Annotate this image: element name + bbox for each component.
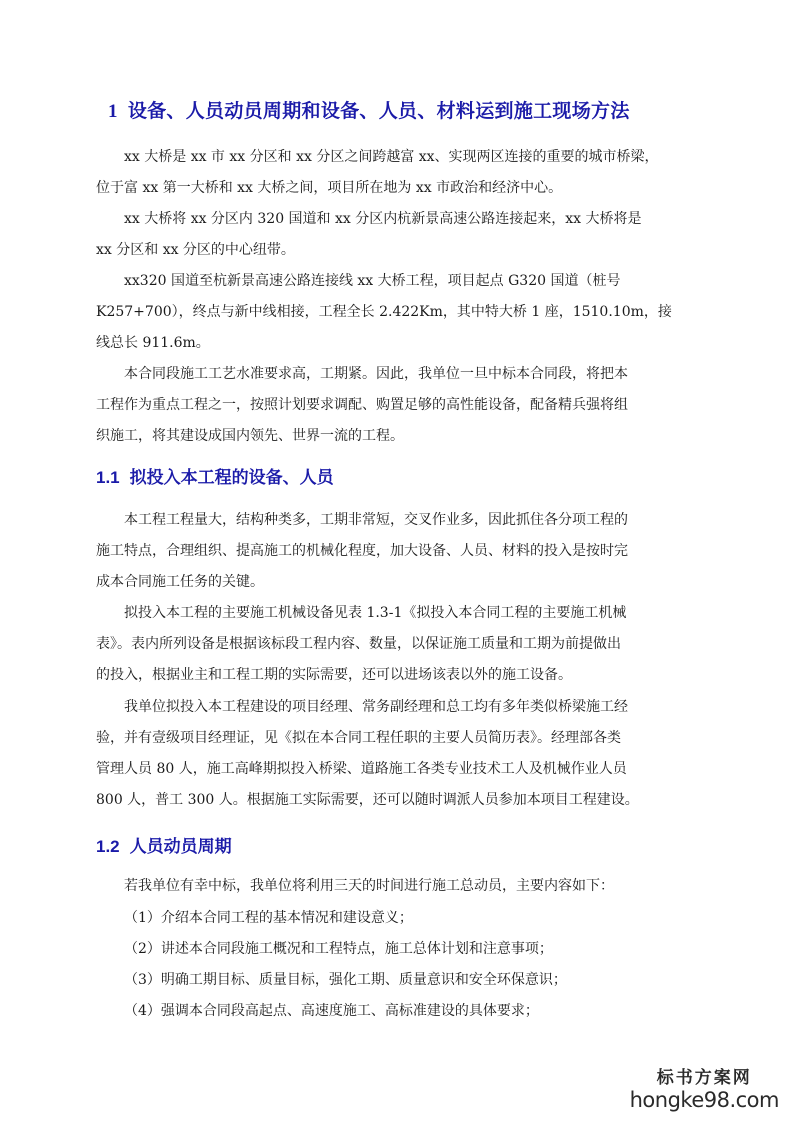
list-item: （4）强调本合同段高起点、高速度施工、高标准建设的具体要求； <box>124 1001 539 1021</box>
paragraph: xx 大桥将 xx 分区内 320 国道和 xx 分区内杭新景高速公路连接起来，… <box>96 204 696 266</box>
paragraph-line: 线总长 911.6m。 <box>96 328 696 359</box>
paragraph-line: 我单位拟投入本工程建设的项目经理、常务副经理和总工均有多年类似桥梁施工经 <box>96 692 696 723</box>
heading-1-2-number: 1.2 <box>96 837 120 856</box>
list-item: （3）明确工期目标、质量目标，强化工期、质量意识和安全环保意识； <box>124 970 567 990</box>
heading-1-1: 1.1拟投入本工程的设备、人员 <box>96 463 334 488</box>
heading-1-2-title: 人员动员周期 <box>130 837 232 857</box>
paragraph: xx320 国道至杭新景高速公路连接线 xx 大桥工程，项目起点 G320 国道… <box>96 266 696 359</box>
paragraph-line: 本工程工程量大，结构种类多，工期非常短，交叉作业多，因此抓住各分项工程的 <box>96 505 696 536</box>
paragraph-line: 拟投入本工程的主要施工机械设备见表 1.3-1《拟投入本合同工程的主要施工机械 <box>96 598 696 629</box>
paragraph-line: 施工特点，合理组织、提高施工的机械化程度，加大设备、人员、材料的投入是按时完 <box>96 536 696 567</box>
paragraph-line: 800 人，普工 300 人。根据施工实际需要，还可以随时调派人员参加本项目工程… <box>96 785 696 816</box>
heading-1-number: 1 <box>108 101 118 122</box>
paragraph-line: xx 分区和 xx 分区的中心纽带。 <box>96 235 696 266</box>
paragraph-line: 的投入，根据业主和工程工期的实际需要，还可以进场该表以外的施工设备。 <box>96 660 696 691</box>
paragraph: 我单位拟投入本工程建设的项目经理、常务副经理和总工均有多年类似桥梁施工经 验，并… <box>96 692 696 816</box>
paragraph: 若我单位有幸中标，我单位将利用三天的时间进行施工总动员，主要内容如下： <box>124 876 614 896</box>
paragraph-line: 位于富 xx 第一大桥和 xx 大桥之间，项目所在地为 xx 市政治和经济中心。 <box>96 173 696 204</box>
heading-1-1-title: 拟投入本工程的设备、人员 <box>130 468 334 488</box>
paragraph-line: K257+700），终点与新中线相接，工程全长 2.422Km，其中特大桥 1 … <box>96 297 696 328</box>
paragraph: 拟投入本工程的主要施工机械设备见表 1.3-1《拟投入本合同工程的主要施工机械 … <box>96 598 696 691</box>
document-page: 1设备、人员动员周期和设备、人员、材料运到施工现场方法 xx 大桥是 xx 市 … <box>0 0 793 1122</box>
heading-1-2: 1.2人员动员周期 <box>96 832 232 857</box>
paragraph-line: 工程作为重点工程之一，按照计划要求调配、购置足够的高性能设备，配备精兵强将组 <box>96 390 696 421</box>
paragraph-line: 本合同段施工工艺水准要求高，工期紧。因此，我单位一旦中标本合同段，将把本 <box>96 359 696 390</box>
paragraph-line: 织施工，将其建设成国内领先、世界一流的工程。 <box>96 421 696 452</box>
paragraph-line: xx320 国道至杭新景高速公路连接线 xx 大桥工程，项目起点 G320 国道… <box>96 266 696 297</box>
watermark: 标书方案网 hongke98.com <box>630 1068 779 1112</box>
paragraph: xx 大桥是 xx 市 xx 分区和 xx 分区之间跨越富 xx、实现两区连接的… <box>96 142 696 204</box>
heading-1-1-number: 1.1 <box>96 468 120 487</box>
paragraph-line: xx 大桥是 xx 市 xx 分区和 xx 分区之间跨越富 xx、实现两区连接的… <box>96 142 696 173</box>
paragraph-line: 验，并有壹级项目经理证，见《拟在本合同工程任职的主要人员简历表》。经理部各类 <box>96 723 696 754</box>
list-item: （2）讲述本合同段施工概况和工程特点，施工总体计划和注意事项； <box>124 939 553 959</box>
watermark-en: hongke98.com <box>630 1088 779 1112</box>
list-item: （1）介绍本合同工程的基本情况和建设意义； <box>124 908 413 928</box>
heading-1: 1设备、人员动员周期和设备、人员、材料运到施工现场方法 <box>108 96 630 123</box>
paragraph-line: xx 大桥将 xx 分区内 320 国道和 xx 分区内杭新景高速公路连接起来，… <box>96 204 696 235</box>
paragraph-line: 管理人员 80 人，施工高峰期拟投入桥梁、道路施工各类专业技术工人及机械作业人员 <box>96 754 696 785</box>
watermark-cn: 标书方案网 <box>630 1068 779 1088</box>
paragraph-line: 表》。表内所列设备是根据该标段工程内容、数量，以保证施工质量和工期为前提做出 <box>96 629 696 660</box>
paragraph: 本合同段施工工艺水准要求高，工期紧。因此，我单位一旦中标本合同段，将把本 工程作… <box>96 359 696 452</box>
paragraph: 本工程工程量大，结构种类多，工期非常短，交叉作业多，因此抓住各分项工程的 施工特… <box>96 505 696 598</box>
paragraph-line: 成本合同施工任务的关键。 <box>96 567 696 598</box>
heading-1-title: 设备、人员动员周期和设备、人员、材料运到施工现场方法 <box>128 100 630 122</box>
